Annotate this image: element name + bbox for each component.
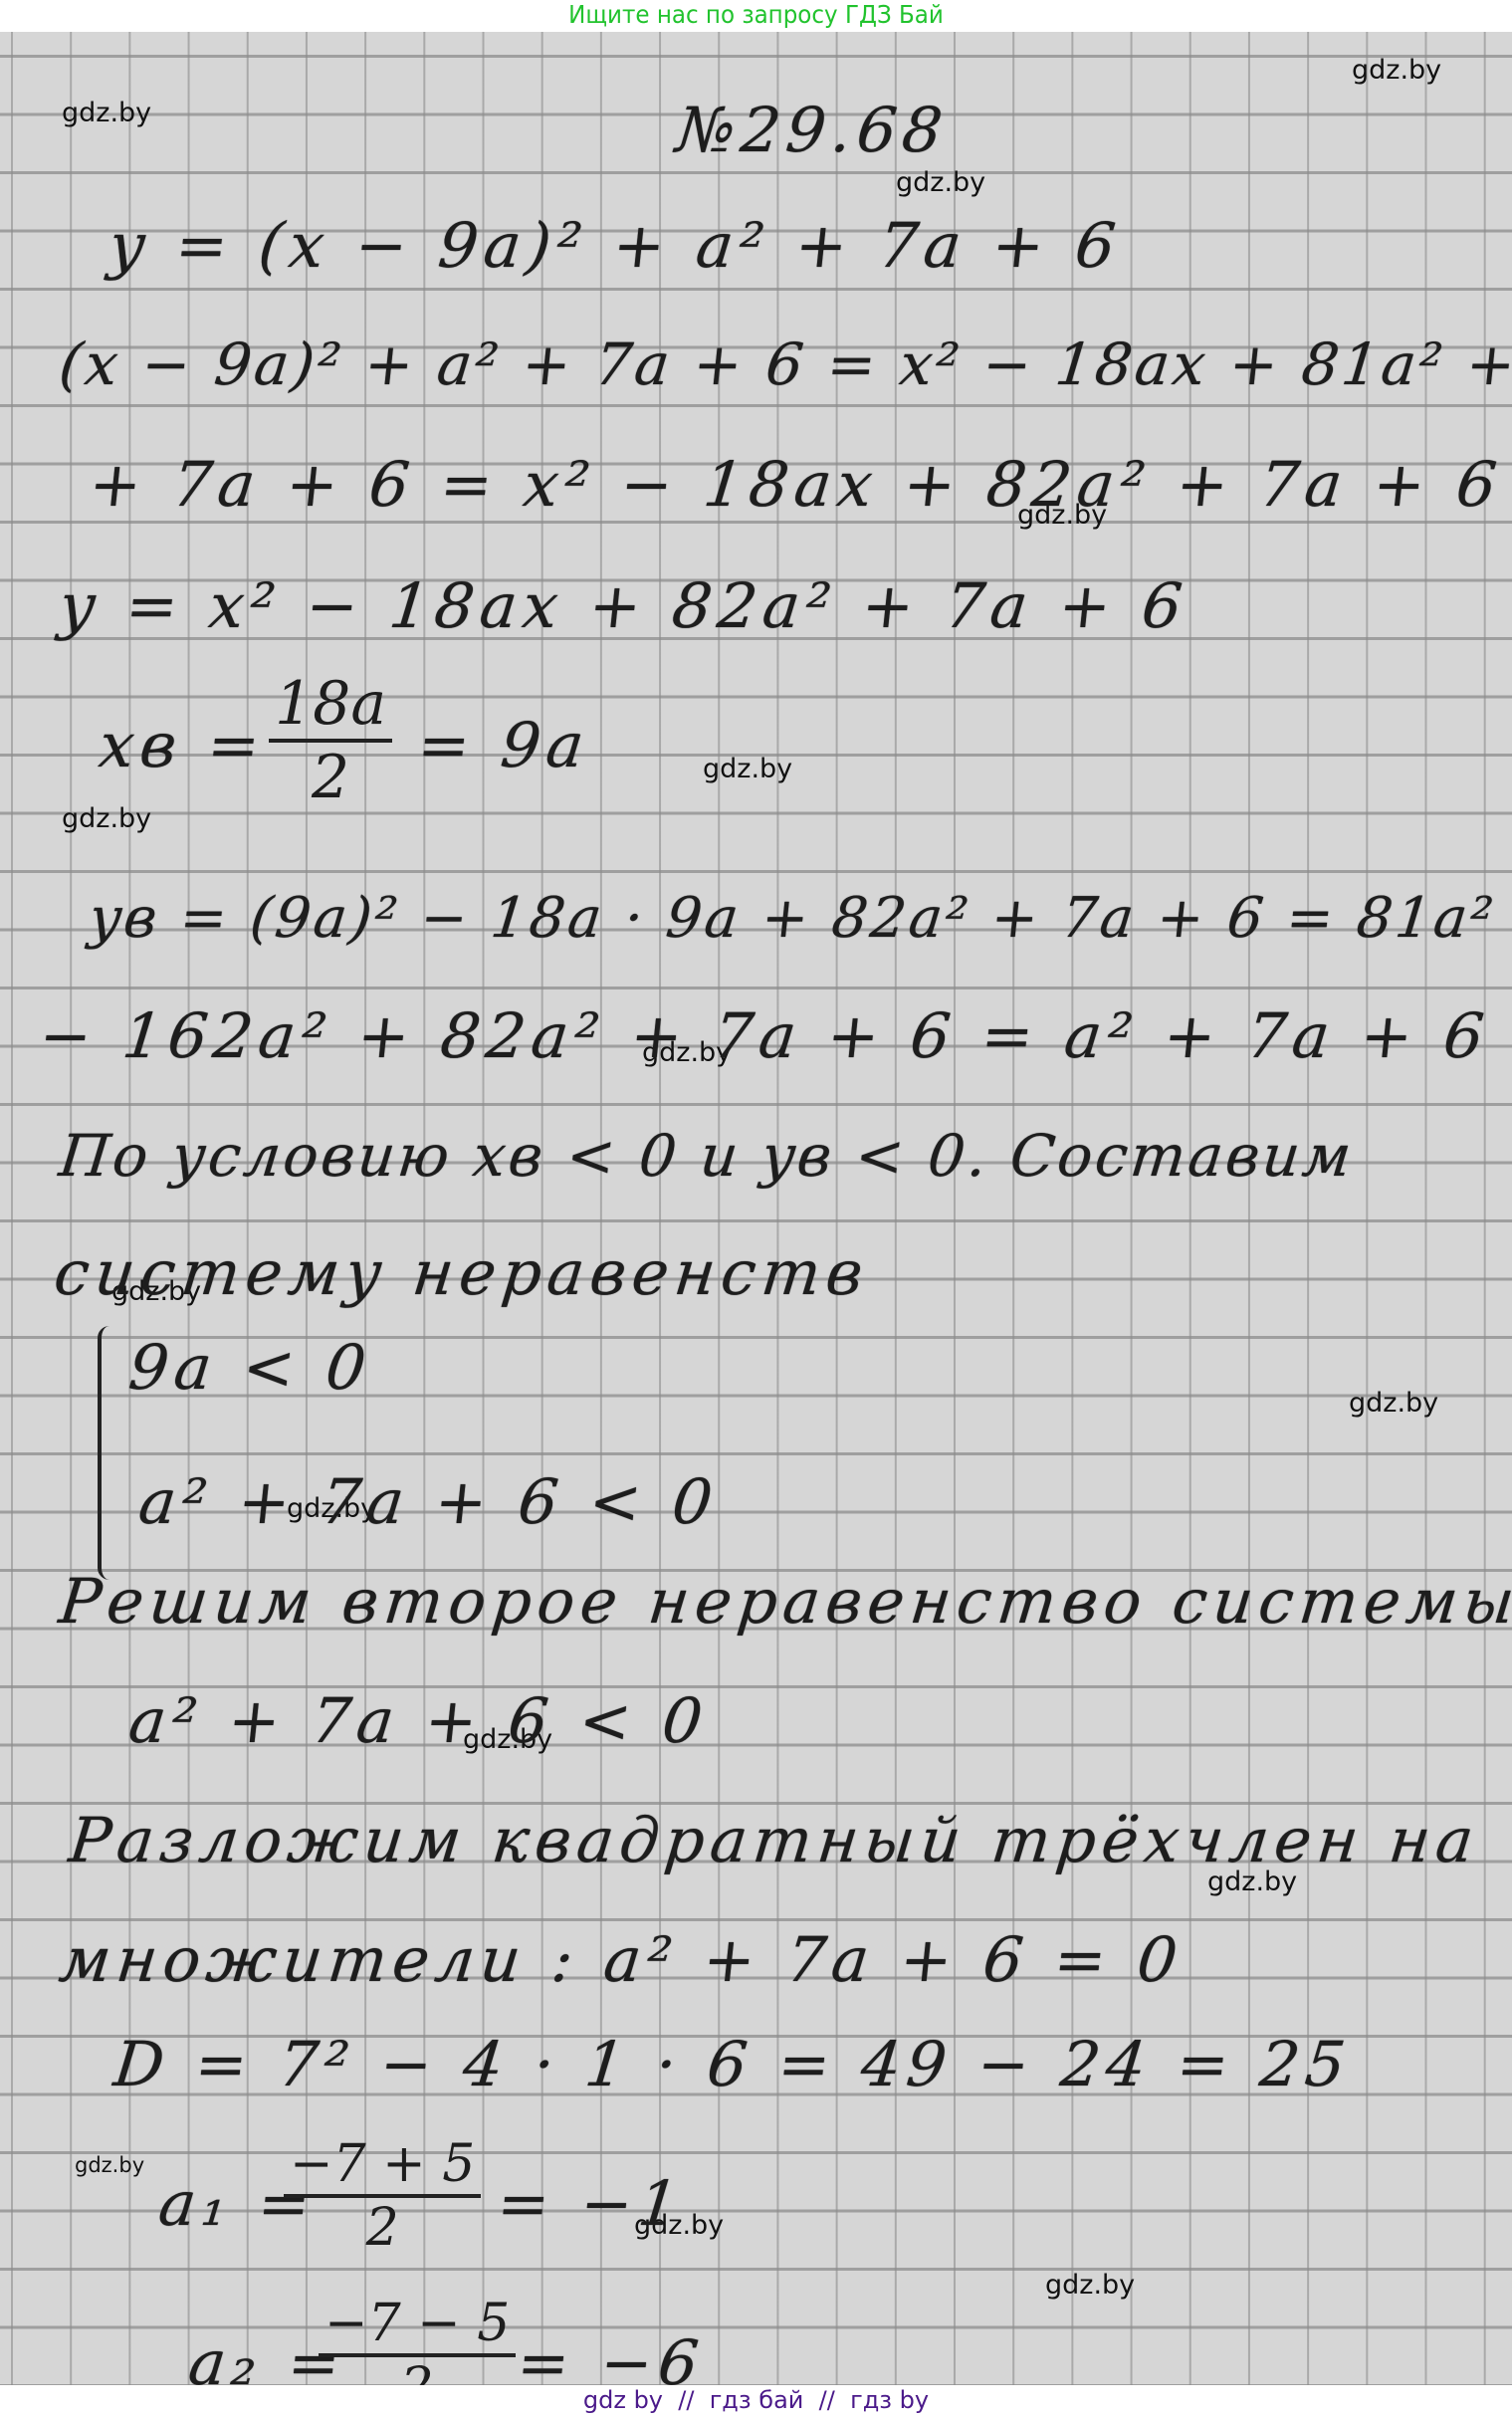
a2-denominator: 2 [319, 2357, 516, 2385]
xv-numerator: 18a [269, 669, 392, 743]
solution-line: y = x² − 18ax + 82a² + 7a + 6 [56, 569, 1191, 642]
watermark: gdz.by [1352, 55, 1441, 86]
a1-fraction: −7 + 5 2 [284, 2134, 481, 2258]
xv-denominator: 2 [269, 743, 392, 812]
a1-numerator: −7 + 5 [284, 2134, 481, 2198]
condition-line: систему неравенств [51, 1236, 872, 1309]
system-brace [98, 1326, 115, 1580]
factor-line: множители : a² + 7a + 6 = 0 [56, 1923, 1187, 1996]
factor-line: Разложим квадратный трёхчлен на [66, 1804, 1483, 1876]
solution-line: + 7a + 6 = x² − 18ax + 82a² + 7a + 6 [86, 448, 1506, 521]
condition-line: По условию xв < 0 и yв < 0. Составим [56, 1122, 1357, 1190]
solve-text: Решим второе неравенство системы [56, 1565, 1512, 1638]
watermark: gdz.by [1045, 2270, 1135, 2301]
xv-rhs: = 9a [414, 709, 593, 781]
watermark: gdz.by [62, 98, 151, 128]
solution-line: y = (x − 9a)² + a² + 7a + 6 [106, 209, 1125, 282]
watermark: gdz.by [1349, 1388, 1438, 1419]
a2-fraction: −7 − 5 2 [319, 2294, 516, 2385]
yv-line: yв = (9a)² − 18a · 9a + 82a² + 7a + 6 = … [87, 886, 1512, 951]
system-inequality-1: 9a < 0 [125, 1331, 375, 1404]
a2-rhs: = −6 [514, 2326, 708, 2385]
bottom-banner: gdz by // гдз бай // гдз by [0, 2385, 1512, 2417]
problem-number: №29.68 [673, 94, 952, 166]
notebook-page: gdz.by gdz.by gdz.by gdz.by gdz.by gdz.b… [0, 32, 1512, 2385]
watermark: gdz.by [703, 754, 792, 784]
system-inequality-2: a² + 7a + 6 < 0 [135, 1465, 722, 1538]
discriminant: D = 7² − 4 · 1 · 6 = 49 − 24 = 25 [110, 2028, 1355, 2100]
xv-fraction: 18a 2 [269, 669, 392, 812]
top-banner: Ищите нас по запросу ГДЗ Бай [61, 0, 1451, 32]
yv-line: − 162a² + 82a² + 7a + 6 = a² + 7a + 6 [36, 999, 1493, 1072]
watermark: gdz.by [896, 167, 985, 198]
xv-lhs: xв = [96, 709, 269, 781]
a1-denominator: 2 [284, 2198, 481, 2258]
a2-numerator: −7 − 5 [319, 2294, 516, 2357]
solution-line: (x − 9a)² + a² + 7a + 6 = x² − 18ax + 81… [56, 330, 1512, 398]
watermark: gdz.by [62, 803, 151, 834]
watermark: gdz.by [75, 2153, 144, 2177]
a1-rhs: = −1 [494, 2167, 688, 2240]
inequality: a² + 7a + 6 < 0 [125, 1684, 712, 1757]
